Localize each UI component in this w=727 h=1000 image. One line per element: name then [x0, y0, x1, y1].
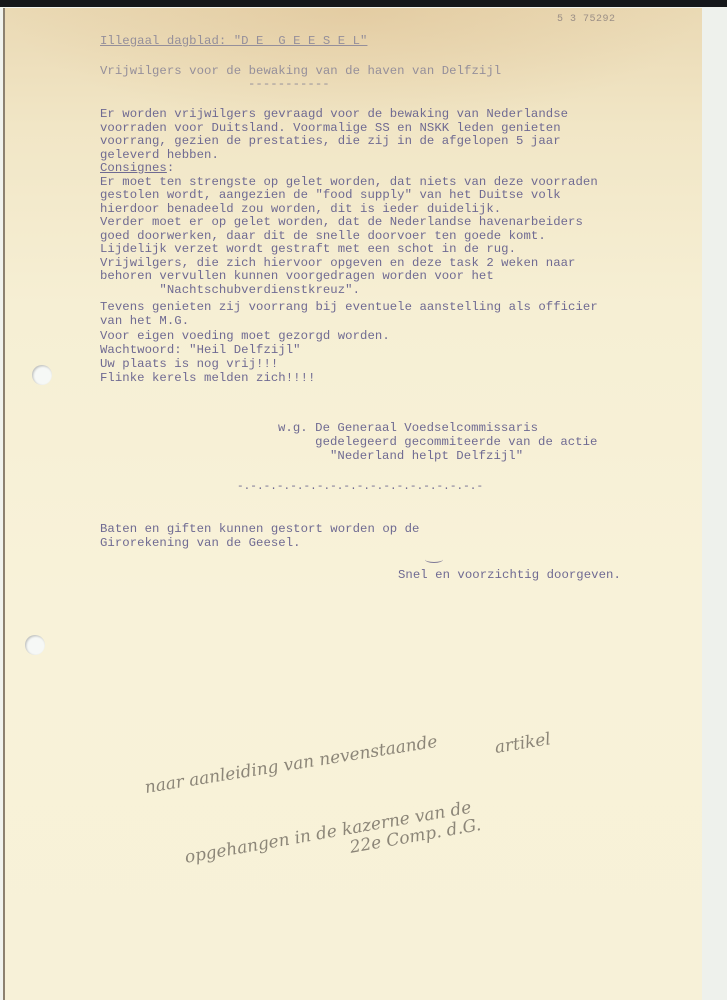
consignes-line: "Nachtschubverdienstkreuz".: [100, 284, 360, 298]
consignes-heading: Consignes:: [100, 162, 174, 176]
subtitle-rule: -----------: [248, 78, 330, 92]
body-line: geleverd hebben.: [100, 149, 219, 163]
body-line: voorrang, gezien de prestaties, die zij …: [100, 135, 561, 149]
document-page: 5 3 75292 Illegaal dagblad: "D E G E E S…: [3, 8, 702, 1000]
punch-hole-bottom: [25, 635, 45, 655]
consignes-line: van het M.G.: [100, 315, 189, 329]
consignes-line: Vrijwilgers, die zich hiervoor opgeven e…: [100, 257, 575, 271]
consignes-line: Lijdelijk verzet wordt gestraft met een …: [100, 243, 516, 257]
consignes-line: Voor eigen voeding moet gezorgd worden.: [100, 330, 390, 344]
handwritten-line: artikel: [493, 729, 552, 758]
consignes-label: Consignes: [100, 161, 167, 175]
signature-line: gedelegeerd gecommiteerde van de actie: [278, 436, 597, 450]
scan-top-border: [0, 0, 727, 7]
signature-line: w.g. De Generaal Voedselcommissaris: [278, 422, 538, 436]
archive-number: 5 3 75292: [557, 14, 616, 25]
handwritten-arc-mark: [425, 556, 443, 563]
consignes-line: Uw plaats is nog vrij!!!: [100, 358, 278, 372]
handwritten-line: naar aanleiding van nevenstaande: [143, 732, 438, 798]
punch-hole-top: [32, 365, 52, 385]
consignes-line: Verder moet er op gelet worden, dat de N…: [100, 216, 583, 230]
consignes-colon: :: [167, 161, 174, 175]
consignes-line: Tevens genieten zij voorrang bij eventue…: [100, 301, 598, 315]
body-line: Er worden vrijwilgers gevraagd voor de b…: [100, 108, 568, 122]
donation-line: Girorekening van de Geesel.: [100, 537, 301, 551]
consignes-line: gestolen wordt, aangezien de "food suppl…: [100, 189, 561, 203]
signature-line: "Nederland helpt Delfzijl": [278, 450, 523, 464]
closing-line: Snel en voorzichtig doorgeven.: [398, 569, 621, 583]
scan-right-margin: [700, 8, 727, 1000]
donation-line: Baten en giften kunnen gestort worden op…: [100, 523, 419, 537]
consignes-line: hierdoor benadeeld zou worden, dit is ie…: [100, 203, 501, 217]
consignes-line: goed doorwerken, daar dit de snelle door…: [100, 230, 546, 244]
consignes-line: Er moet ten strengste op gelet worden, d…: [100, 176, 598, 190]
consignes-line: Wachtwoord: "Heil Delfzijl": [100, 344, 301, 358]
separator-line: -.-.-.-.-.-.-.-.-.-.-.-.-.-.-.-.-.-.-: [237, 481, 483, 495]
consignes-line: behoren vervullen kunnen voorgedragen wo…: [100, 270, 494, 284]
body-line: voorraden voor Duitsland. Voormalige SS …: [100, 122, 561, 136]
consignes-line: Flinke kerels melden zich!!!!: [100, 372, 315, 386]
header-title: Illegaal dagblad: "D E G E E S E L": [100, 35, 367, 49]
